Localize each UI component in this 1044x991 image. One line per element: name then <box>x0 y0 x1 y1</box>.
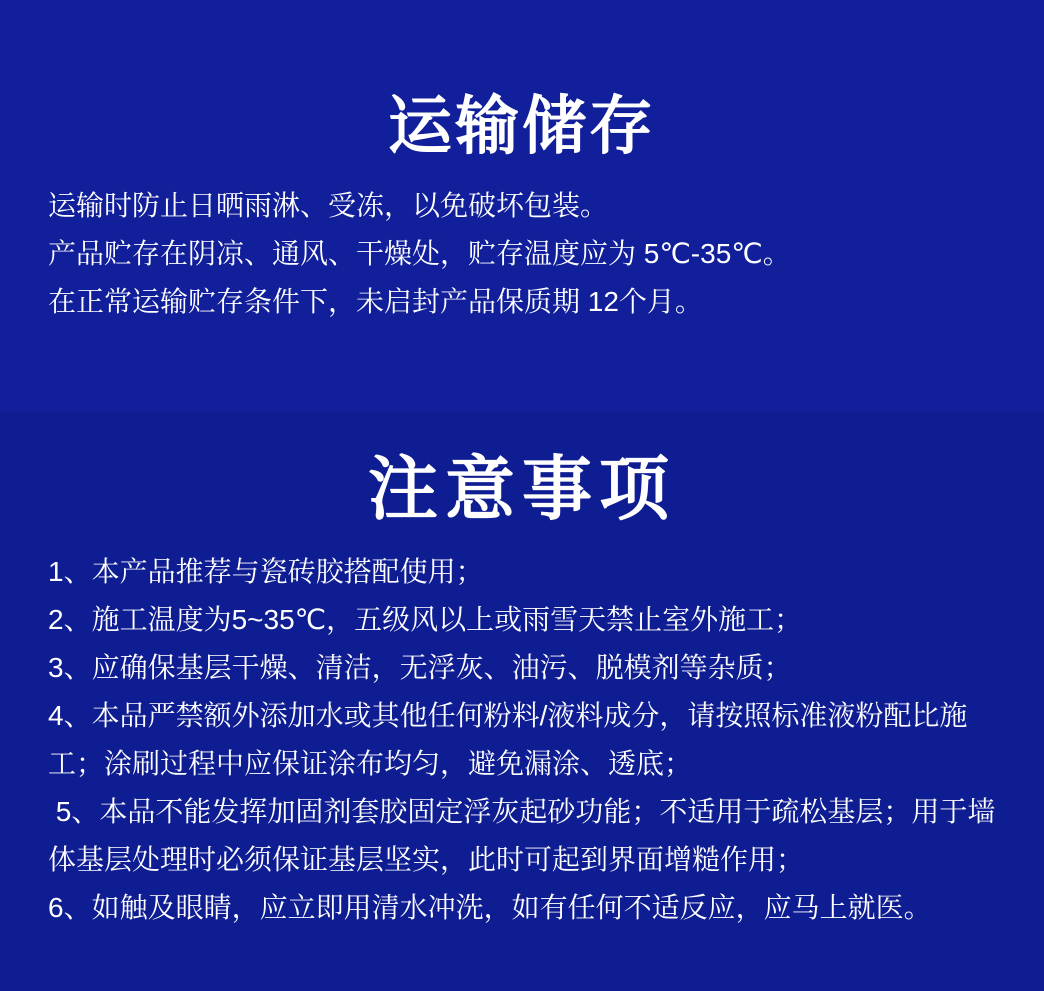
transport-paragraph-text: 运输时防止日晒雨淋、受冻，以免破坏包装。 <box>48 182 996 230</box>
notice-item-2: 2、施工温度为5~35℃，五级风以上或雨雪天禁止室外施工； <box>48 596 996 644</box>
transport-paragraph: 在正常运输贮存条件下，未启封产品保质期 12个月。 <box>48 278 996 326</box>
transport-paragraph: 产品贮存在阴凉、通风、干燥处，贮存温度应为 5℃-35℃。 <box>48 230 996 278</box>
notice-item-text: 4、本品严禁额外添加水或其他任何粉料/液料成分，请按照标准液粉配比施 <box>48 692 996 740</box>
transport-storage-body: 运输时防止日晒雨淋、受冻，以免破坏包装。 产品贮存在阴凉、通风、干燥处，贮存温度… <box>0 182 1044 326</box>
notice-item-text: 2、施工温度为5~35℃，五级风以上或雨雪天禁止室外施工； <box>48 596 996 644</box>
notice-item-text: 工；涂刷过程中应保证涂布均匀，避免漏涂、透底； <box>48 740 996 788</box>
notice-item-5: 5、本品不能发挥加固剂套胶固定浮灰起砂功能；不适用于疏松基层；用于墙 体基层处理… <box>48 788 996 884</box>
product-detail-page: 运输储存 运输时防止日晒雨淋、受冻，以免破坏包装。 产品贮存在阴凉、通风、干燥处… <box>0 0 1044 991</box>
precautions-section: 注意事项 1、本产品推荐与瓷砖胶搭配使用； 2、施工温度为5~35℃，五级风以上… <box>0 446 1044 932</box>
transport-paragraph-text: 在正常运输贮存条件下，未启封产品保质期 12个月。 <box>48 278 996 326</box>
notice-item-text: 6、如触及眼睛，应立即用清水冲洗，如有任何不适反应，应马上就医。 <box>48 884 996 932</box>
notice-item-4: 4、本品严禁额外添加水或其他任何粉料/液料成分，请按照标准液粉配比施 工；涂刷过… <box>48 692 996 788</box>
notice-item-text: 3、应确保基层干燥、清洁，无浮灰、油污、脱模剂等杂质； <box>48 644 996 692</box>
precautions-title: 注意事项 <box>0 446 1044 532</box>
notice-item-text: 体基层处理时必须保证基层坚实，此时可起到界面增糙作用； <box>48 836 996 884</box>
notice-item-text: 1、本产品推荐与瓷砖胶搭配使用； <box>48 548 996 596</box>
precautions-list: 1、本产品推荐与瓷砖胶搭配使用； 2、施工温度为5~35℃，五级风以上或雨雪天禁… <box>0 548 1044 932</box>
transport-storage-title: 运输储存 <box>0 88 1044 164</box>
notice-item-3: 3、应确保基层干燥、清洁，无浮灰、油污、脱模剂等杂质； <box>48 644 996 692</box>
transport-storage-section: 运输储存 运输时防止日晒雨淋、受冻，以免破坏包装。 产品贮存在阴凉、通风、干燥处… <box>0 0 1044 326</box>
notice-item-6: 6、如触及眼睛，应立即用清水冲洗，如有任何不适反应，应马上就医。 <box>48 884 996 932</box>
notice-item-1: 1、本产品推荐与瓷砖胶搭配使用； <box>48 548 996 596</box>
transport-paragraph: 运输时防止日晒雨淋、受冻，以免破坏包装。 <box>48 182 996 230</box>
notice-item-text: 5、本品不能发挥加固剂套胶固定浮灰起砂功能；不适用于疏松基层；用于墙 <box>48 788 996 836</box>
transport-paragraph-text: 产品贮存在阴凉、通风、干燥处，贮存温度应为 5℃-35℃。 <box>48 230 996 278</box>
